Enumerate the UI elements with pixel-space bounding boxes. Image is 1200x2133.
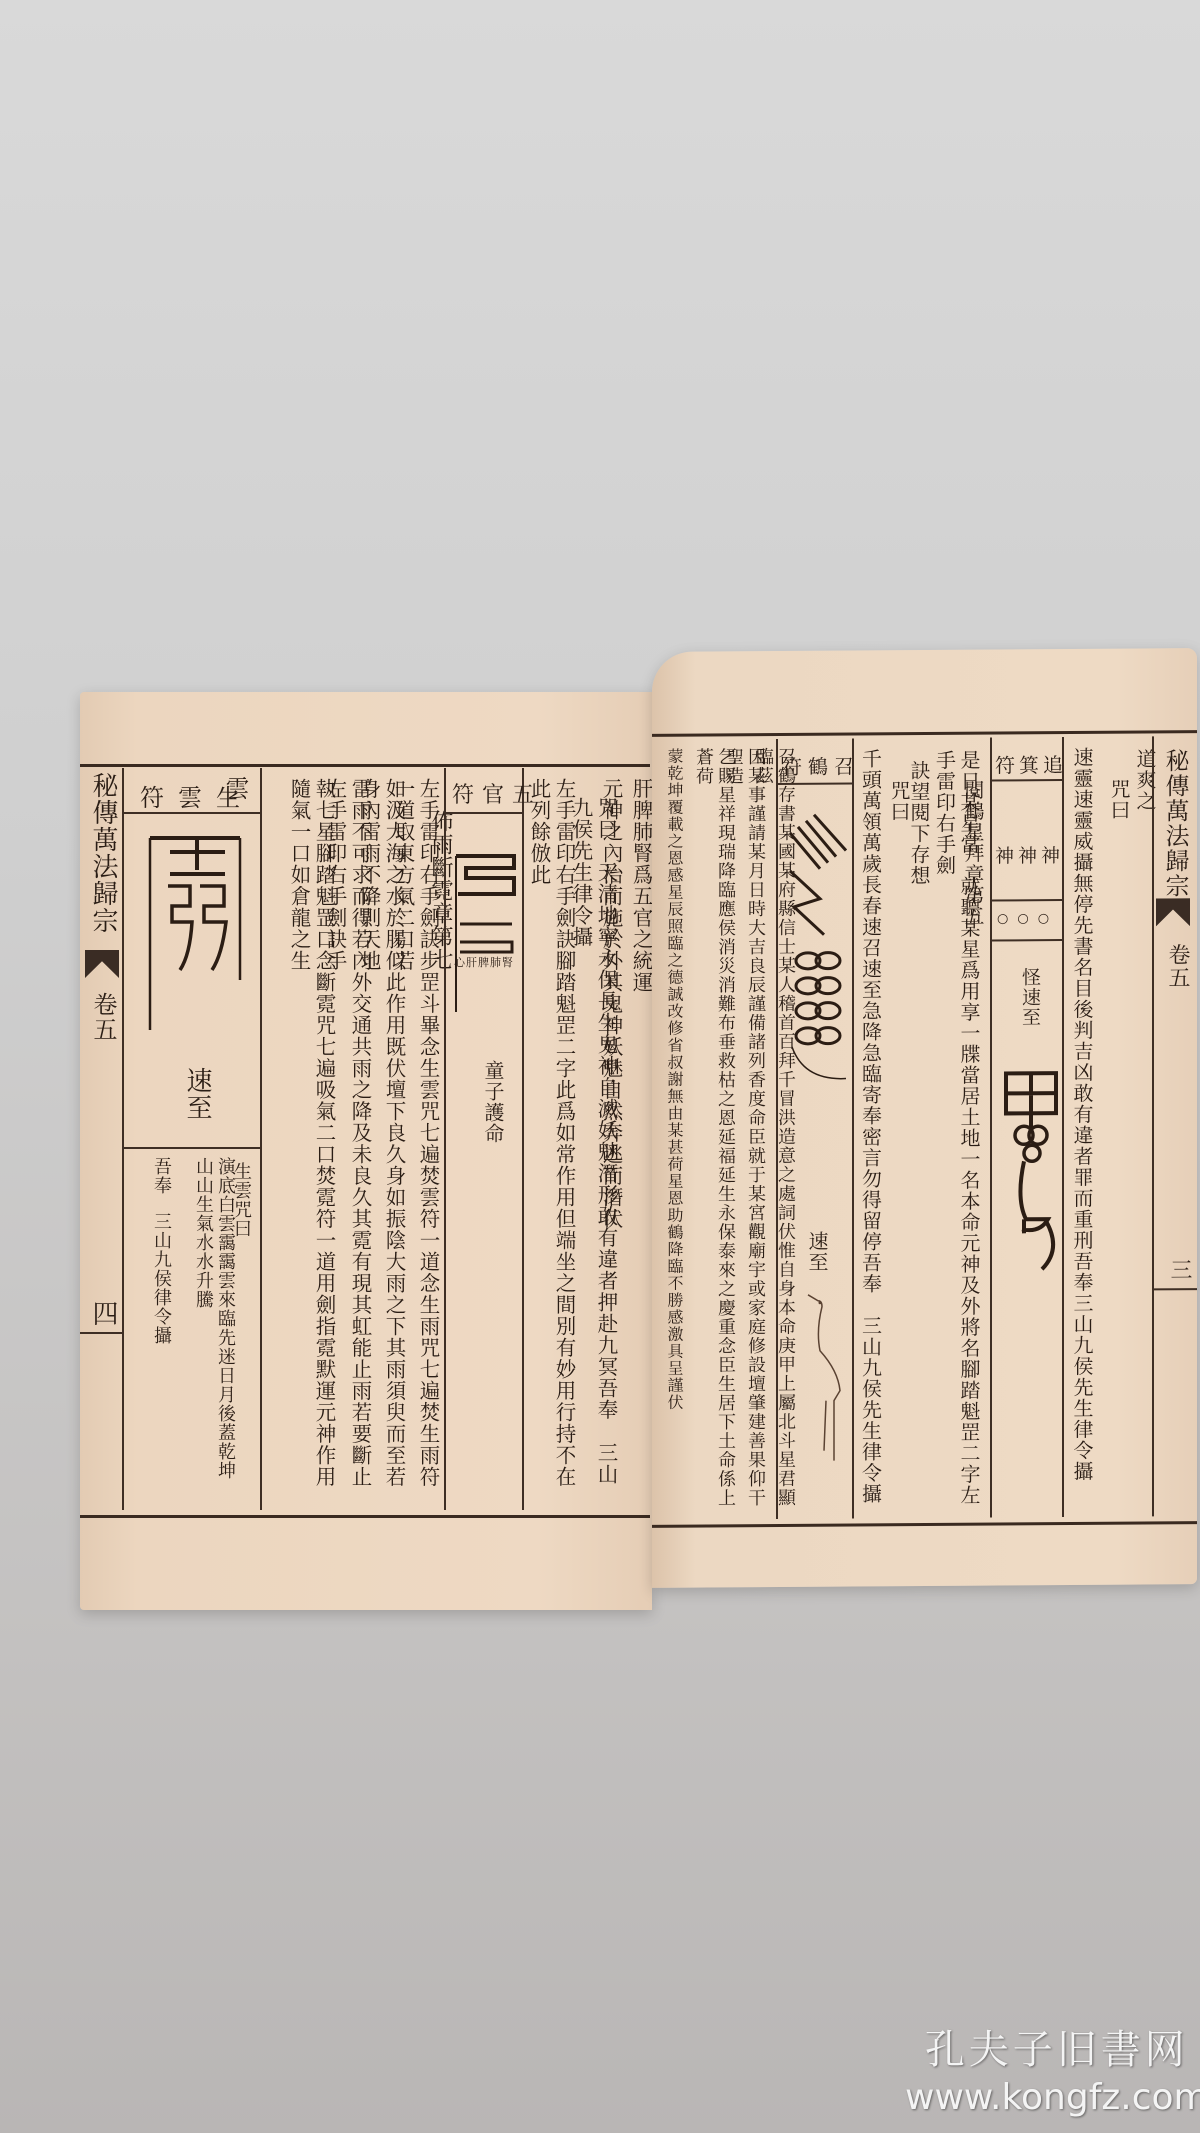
opening-line-3: 速靈速靈威攝無停先書名目後判吉凶敢有違者罪而重刑吾奉三山九侯先生律令攝: [1070, 747, 1093, 1507]
right-margin-title: 秘傳萬法歸宗: [1160, 748, 1190, 898]
shen-char: 神: [1041, 841, 1060, 868]
left-page-number: 四: [88, 1300, 118, 1327]
divider: [122, 1147, 260, 1149]
ch7-heading-yun: 雲: [220, 776, 250, 801]
talisman-title-zhuiji: 追箕符: [995, 749, 1067, 779]
shengyun-incantation: 演底白雲靄靄雲來臨先迷日月後蓋乾坤山山生氣水水升騰: [192, 1157, 236, 1497]
crane-drawing-icon: [804, 1290, 854, 1474]
left-book-page: 秘傳萬法歸宗 卷五 四 生雲符 速至 生雲咒曰 演底白雲靄靄雲來臨先迷日月後蓋乾…: [80, 692, 652, 1610]
divider: [1152, 736, 1154, 1516]
wuguan-label: 童子護命: [478, 1060, 508, 1144]
left-volume-label: 卷五: [88, 992, 118, 1042]
zhaohe-label-suzhi: 速至: [802, 1231, 832, 1273]
divider: [522, 768, 524, 1510]
ch5-title: 閱鶴星拜章第五: [958, 780, 988, 927]
zhaohe-talisman-glyph: [784, 811, 850, 1115]
divider: [80, 1332, 122, 1334]
watermark-site-name: 孔夫子旧書网: [905, 2018, 1200, 2075]
circle-row: ○ ○ ○: [997, 911, 1049, 926]
kongfz-watermark: 孔夫子旧書网 www.kongfz.com: [905, 2018, 1200, 2118]
shen-row: 神 神 神: [995, 841, 1060, 868]
circle-icon: ○: [997, 911, 1008, 926]
ch5-line-2: 訣望閱下存想: [904, 760, 934, 886]
ch7-line-4: 執七星腳踏魁罡口念斷霓咒七遍吸氣二口焚霓符一道用劍指霓默運元神作用隨氣一口如倉龍…: [286, 778, 336, 1498]
wuguan-talisman-glyph: [452, 852, 518, 1026]
right-book-page: 蒙乾坤覆載之恩感星辰照臨之德誠改修省叔謝無由某甚荷星恩助鶴降臨不勝感激具呈謹伏 …: [652, 648, 1197, 1588]
circle-icon: ○: [1038, 911, 1049, 926]
divider: [990, 738, 992, 1518]
divider: [444, 812, 522, 814]
divider: [1062, 737, 1064, 1517]
shengyun-closing-2: 三山九侯律令攝: [150, 1212, 172, 1345]
shen-char: 神: [1018, 841, 1037, 868]
zhuiji-label: 怪速至: [1015, 967, 1045, 1027]
ch6-line-6: 左手雷印右手劍訣腳踏魁罡二字此爲如常作用但端坐之間別有妙用行持不在此列餘倣此: [526, 778, 576, 1498]
petition-line-4: 蒙乾坤覆載之恩感星辰照臨之德誠改修省叔謝無由某甚荷星恩助鶴降臨不勝感激具呈謹伏: [664, 748, 684, 1518]
shengyun-talisman-glyph: [140, 830, 250, 1044]
shengyun-label-suzhi: 速至: [182, 1067, 212, 1121]
watermark-url: www.kongfz.com: [905, 2077, 1200, 2118]
right-volume-label: 卷五: [1162, 943, 1192, 989]
circle-icon: ○: [1017, 911, 1028, 926]
shen-char: 神: [995, 841, 1014, 868]
ch5-incantation: 千頭萬領萬歲長春速召速至急降急臨寄奉密言勿得留停吾奉 三山九侯先生律令攝: [858, 748, 883, 1508]
left-margin-title: 秘傳萬法歸宗: [88, 772, 118, 934]
shengyun-closing-1: 吾奉: [150, 1157, 172, 1195]
right-page-number: 三: [1164, 1258, 1194, 1281]
divider: [122, 768, 124, 1510]
divider: [260, 768, 262, 1510]
talisman-title-zhaohe: 召鶴符: [782, 750, 860, 780]
opening-line-1: 道爽之: [1130, 748, 1160, 811]
wuguan-organ-labels: 心肝脾肺腎: [454, 954, 514, 970]
zhuiji-talisman-glyph: [1002, 1069, 1062, 1303]
divider: [444, 768, 446, 1510]
divider: [776, 739, 778, 1519]
divider: [1152, 1288, 1197, 1290]
